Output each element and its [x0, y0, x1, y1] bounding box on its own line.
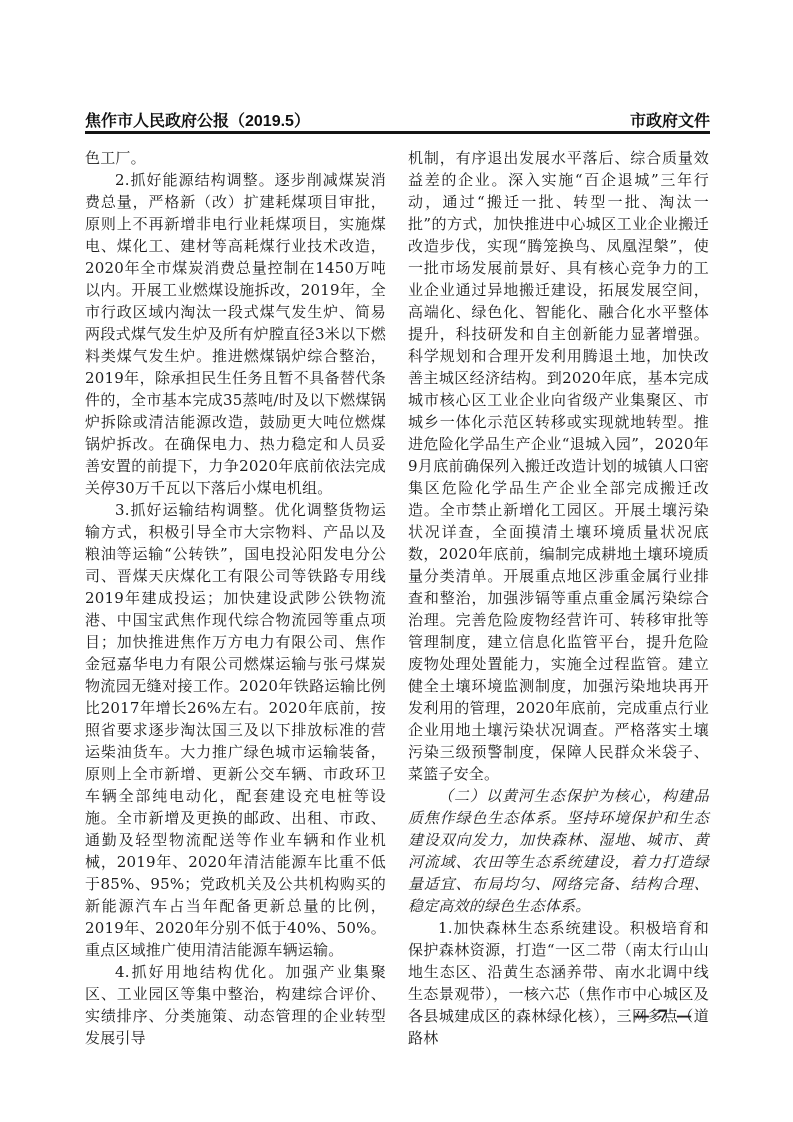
paragraph-section-heading-yellow-river: （二）以黄河生态保护为核心，构建品质焦作绿色生态体系。坚持环境保护和生态建设双向… — [408, 785, 709, 917]
right-column: 机制，有序退出发展水平落后、综合质量效益差的企业。深入实施“百企退城”三年行动，… — [408, 147, 709, 1049]
page-number: — 7 — — [634, 1006, 693, 1025]
gazette-title: 焦作市人民政府公报（2019.5） — [85, 108, 310, 131]
paragraph-continuation: 机制，有序退出发展水平落后、综合质量效益差的企业。深入实施“百企退城”三年行动，… — [408, 147, 709, 785]
paragraph-energy-structure: 2.抓好能源结构调整。逐步削减煤炭消费总量，严格新（改）扩建耗煤项目审批，原则上… — [85, 169, 386, 499]
page-header: 焦作市人民政府公报（2019.5） 市政府文件 — [85, 108, 710, 131]
paragraph-land-use-structure: 4.抓好用地结构优化。加强产业集聚区、工业园区等集中整治，构建综合评价、实绩排序… — [85, 961, 386, 1049]
paragraph-continuation: 色工厂。 — [85, 147, 386, 169]
document-page: 焦作市人民政府公报（2019.5） 市政府文件 色工厂。 2.抓好能源结构调整。… — [0, 0, 793, 1122]
section-label: 市政府文件 — [630, 108, 710, 131]
left-column: 色工厂。 2.抓好能源结构调整。逐步削减煤炭消费总量，严格新（改）扩建耗煤项目审… — [85, 147, 386, 1049]
paragraph-transport-structure: 3.抓好运输结构调整。优化调整货物运输方式，积极引导全市大宗物料、产品以及粮油等… — [85, 499, 386, 961]
document-body: 色工厂。 2.抓好能源结构调整。逐步削减煤炭消费总量，严格新（改）扩建耗煤项目审… — [85, 147, 709, 1049]
header-rule — [85, 131, 710, 134]
paragraph-forest-ecosystem: 1.加快森林生态系统建设。积极培育和保护森林资源，打造“一区二带（南太行山山地生… — [408, 917, 709, 1049]
